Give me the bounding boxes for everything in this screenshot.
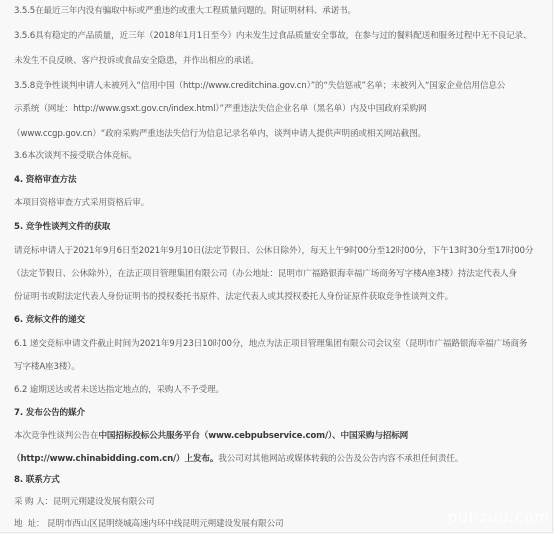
- section-5-line3: 份证明书或附法定代表人身份证明书的授权委托书原件、法定代表人或其授权委托人身份证…: [14, 291, 453, 303]
- section-7-disclaimer: 我公司对其他网站或媒体转载的公告及公告内容不承担任何责任。: [218, 454, 463, 464]
- section-6-1-line2: 写字楼A座3楼）。: [14, 361, 80, 373]
- paragraph-3-5-8-line2: 示系统（网址：http://www.gsxt.gov.cn/index.html…: [14, 103, 426, 115]
- paragraph-3-5-8-line3: （www.ccgp.gov.cn）“政府采购严重违法失信行为信息记录名单内，谈判…: [12, 128, 426, 140]
- purchaser-info: 采 购 人：昆明元朔建设发展有限公司: [14, 496, 154, 508]
- section-4-body: 本项目资格审查方式采用资格后审。: [14, 197, 149, 209]
- section-4-heading: 4. 资格审查方法: [14, 174, 76, 186]
- section-6-heading: 6. 竞标文件的递交: [14, 314, 85, 326]
- section-6-1-line1: 6.1 递交竞标申请文件截止时间为2021年9月23日10时00分，地点为法正项…: [14, 338, 527, 350]
- section-7-line2: （http://www.chinabidding.com.cn/）上发布。我公司…: [12, 453, 463, 465]
- watermark: puhzuu.com: [448, 508, 550, 526]
- paragraph-3-5-6-line1: 3.5.6具有稳定的产品质量，近三年（2018年1月1日至今）内未发生过食品质量…: [14, 30, 531, 42]
- paragraph-3-5-6-line2: 未发生不良反映、客户投诉或食品安全隐患，并作出相应的承诺。: [14, 55, 259, 67]
- section-7-heading: 7. 发布公告的媒介: [14, 407, 85, 419]
- address-info: 地 址： 昆明市西山区昆明绕城高速内环中线昆明元朔建设发展有限公司: [14, 518, 284, 530]
- section-5-line2: （法定节假日、公休除外），在法正项目管理集团有限公司（办公地址：昆明市广福路银海…: [12, 268, 517, 280]
- section-5-heading: 5. 竞争性谈判文件的获取: [14, 221, 110, 233]
- paragraph-3-6: 3.6本次谈判不接受联合体竞标。: [14, 150, 137, 162]
- section-7-prefix: 本次竞争性谈判公告在: [14, 431, 98, 441]
- paragraph-3-5-5: 3.5.5在最近三年内没有骗取中标或严重违约或重大工程质量问题的。附证明材料、承…: [14, 5, 356, 17]
- document-content: 3.5.5在最近三年内没有骗取中标或严重违约或重大工程质量问题的。附证明材料、承…: [0, 0, 553, 533]
- section-5-line1: 请竞标申请人于2021年9月6日至2021年9月10日(法定节假日、公休日除外）…: [14, 245, 533, 257]
- section-8-heading: 8. 联系方式: [14, 474, 60, 486]
- publication-platforms: 中国招标投标公共服务平台（www.cebpubservice.com/）、中国采…: [98, 431, 408, 441]
- section-6-2: 6.2 逾期送达或者未送达指定地点的，采购人不予受理。: [14, 384, 224, 396]
- paragraph-3-5-8-line1: 3.5.8竞争性谈判申请人未被列入“信用中国（http://www.credit…: [14, 80, 505, 92]
- chinabidding-url: （http://www.chinabidding.com.cn/）上发布。: [12, 454, 218, 464]
- section-7-line1: 本次竞争性谈判公告在中国招标投标公共服务平台（www.cebpubservice…: [14, 430, 408, 442]
